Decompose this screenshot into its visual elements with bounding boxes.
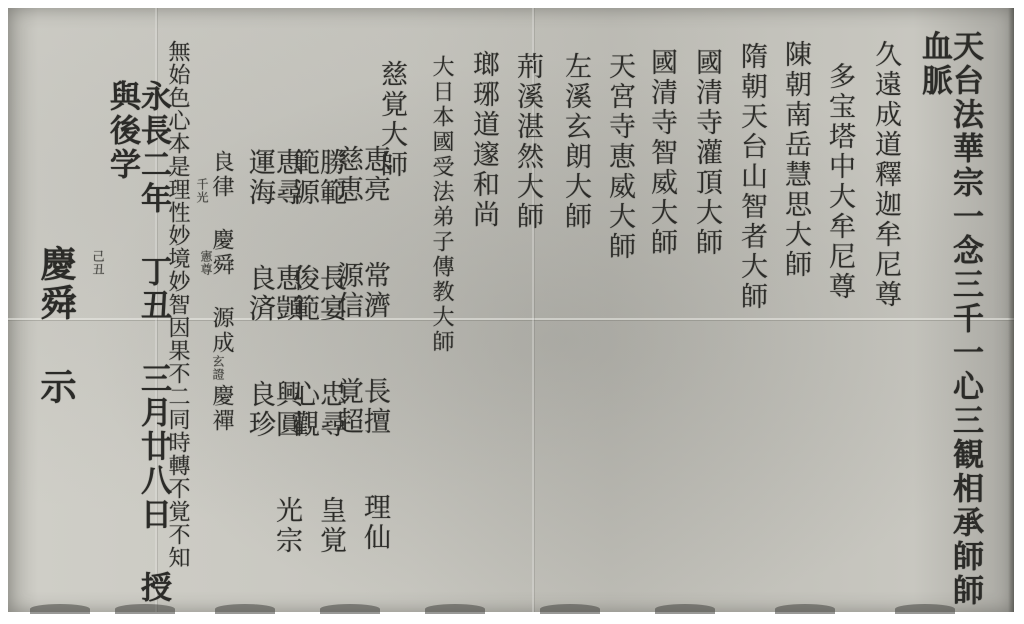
paper-edge-shadow [1008, 8, 1014, 612]
date-column: 永長二年 丁丑 三月廿八日 授與後学 [106, 80, 168, 624]
paper-tear [775, 604, 835, 614]
lineage-column: 天宮寺恵威大師 [606, 52, 633, 262]
name: 興圓 [271, 380, 302, 440]
paper-tear [655, 604, 715, 614]
signature: 慶舜 示 [38, 245, 74, 407]
paper-tear [425, 604, 485, 614]
name: 運海 [244, 148, 275, 208]
name: 恵尋 [271, 148, 302, 208]
names-column: 良律 慶舜 源成 慶禪 [210, 150, 232, 434]
name: 皇覚 [315, 496, 346, 556]
name: 長宴 [315, 264, 346, 324]
lineage-column: 陳朝南岳慧思大師 [782, 40, 809, 280]
name: 勝範 [315, 148, 346, 208]
name: 良済 [244, 264, 275, 324]
paper-tear [30, 604, 90, 614]
lineage-column: 隋朝天台山智者大師 [738, 42, 765, 312]
name: 理仙 [359, 493, 390, 553]
name: 長擅 [359, 377, 390, 437]
lineage-column: 多宝塔中大牟尼尊 [826, 62, 853, 302]
lineage-column: 大日本國受法弟子傳教大師 [430, 55, 452, 355]
annotation: 千光 [196, 178, 208, 204]
name: 良珍 [244, 380, 275, 440]
annotation: 憲尊 [200, 250, 212, 276]
lineage-column: 荊溪湛然大師 [514, 52, 541, 232]
name: 光宗 [271, 496, 302, 556]
title-column: 天台法華宗一念三千一心三観相承師師血脈 [918, 30, 980, 624]
name: 常濟 [359, 261, 390, 321]
name: 忠尋 [315, 380, 346, 440]
name: 恵亮 [359, 145, 390, 205]
name: 恵顗 [271, 264, 302, 324]
lineage-column: 國清寺智威大師 [648, 48, 675, 258]
paper-tear [540, 604, 600, 614]
date-annotation: 己丑 [92, 250, 104, 276]
names-column: 恵尋 恵顗 興圓 光宗 運海 良済 良珍 [246, 148, 300, 624]
lineage-column: 瑯琊道邃和尚 [470, 50, 497, 230]
lineage-column: 左溪玄朗大師 [562, 52, 589, 232]
lineage-column: 久遠成道釋迦牟尼尊 [872, 40, 899, 310]
lineage-column: 國清寺灌頂大師 [693, 48, 720, 258]
annotation: 玄證 [212, 355, 224, 381]
